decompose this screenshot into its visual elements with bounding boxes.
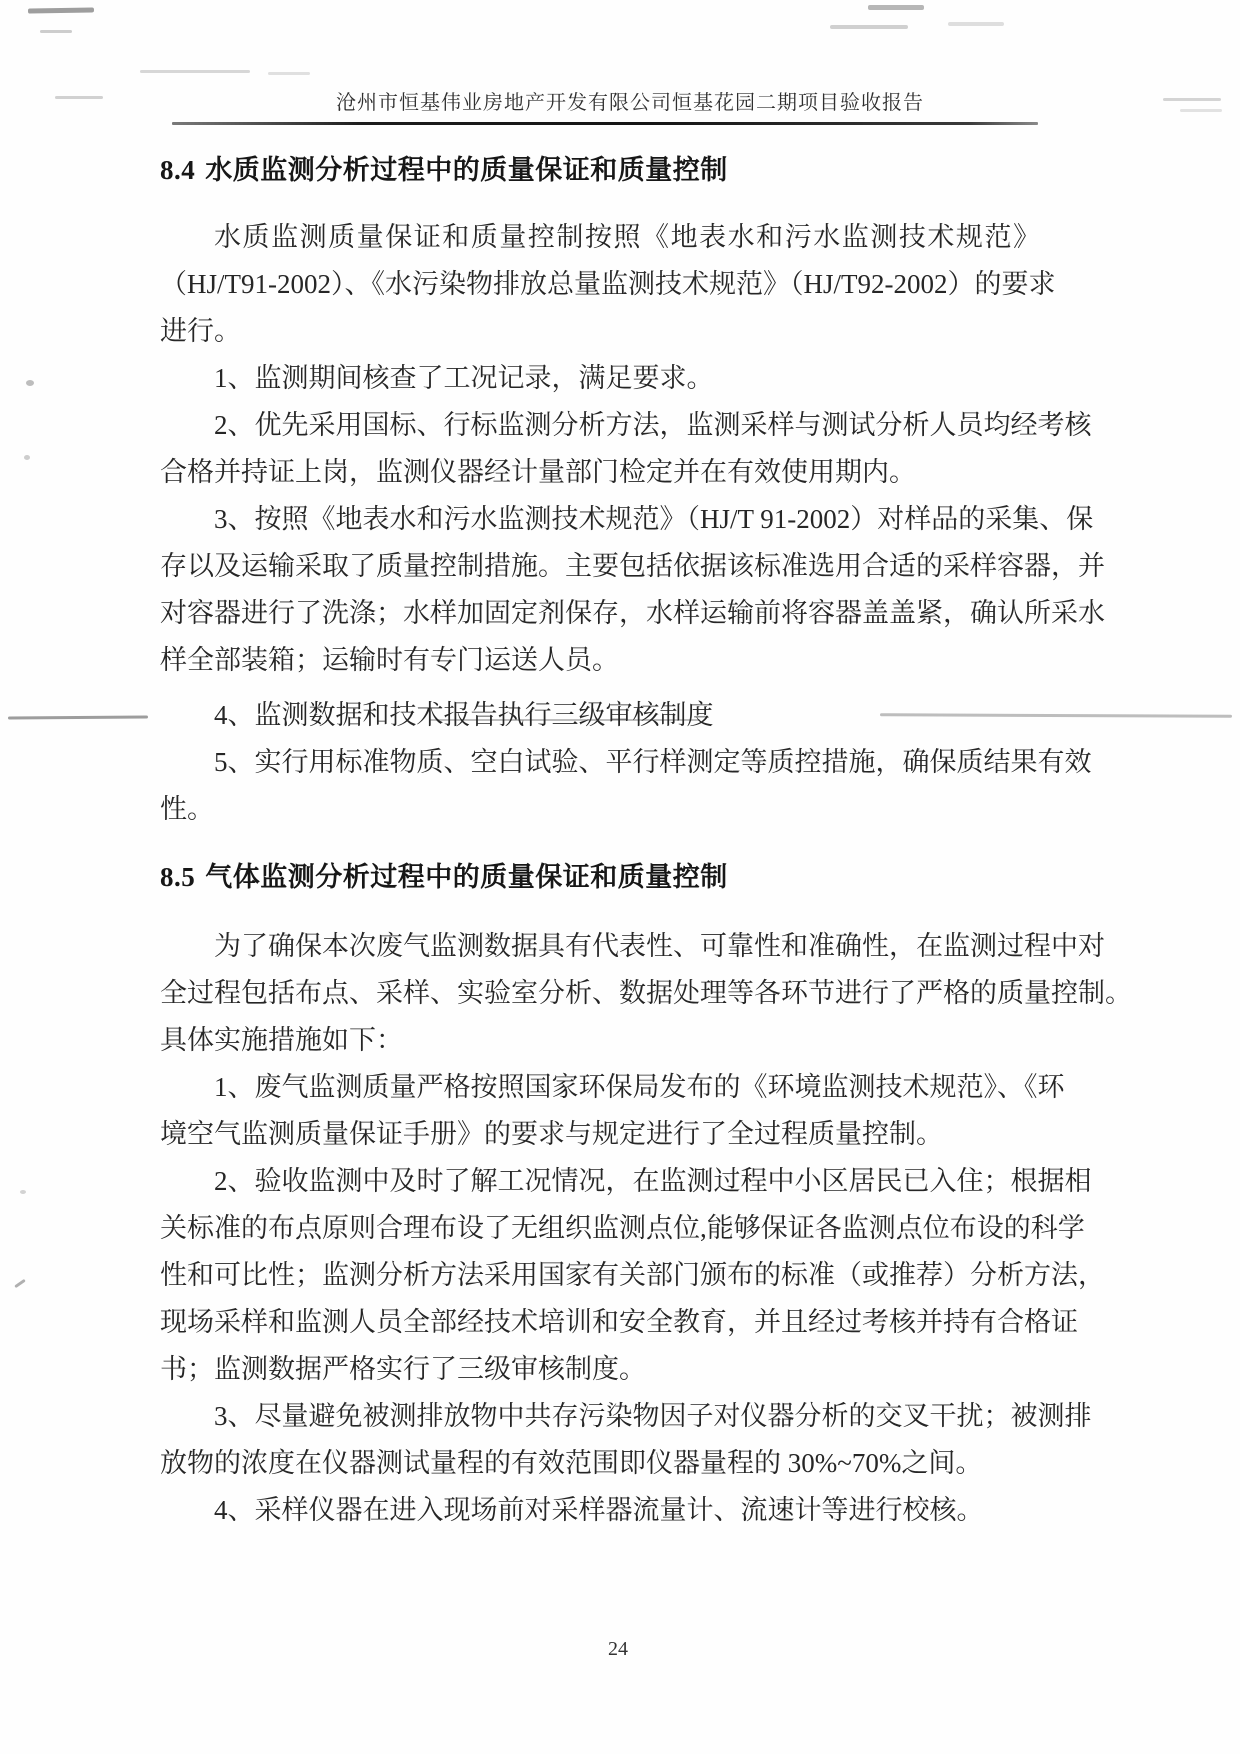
scanned-report-page: 沧州市恒基伟业房地产开发有限公司恒基花园二期项目验收报告 8.4水质监测分析过程…	[0, 0, 1240, 1754]
scan-artifact	[55, 96, 103, 99]
paragraph: 5、实行用标准物质、空白试验、平行样测定等质控措施，确保质结果有效性。	[160, 739, 1040, 833]
paragraph: 为了确保本次废气监测数据具有代表性、可靠性和准确性，在监测过程中对全过程包括布点…	[160, 923, 1040, 1064]
text-line: 1、废气监测质量严格按照国家环保局发布的《环境监测技术规范》、《环	[160, 1064, 1040, 1111]
text-line: 5、实行用标准物质、空白试验、平行样测定等质控措施，确保质结果有效	[160, 739, 1040, 786]
scan-artifact	[830, 25, 908, 29]
text-line: 性和可比性；监测分析方法采用国家有关部门颁布的标准（或推荐）分析方法，	[160, 1252, 1040, 1299]
scan-artifact	[268, 72, 310, 75]
paragraph: 2、验收监测中及时了解工况情况，在监测过程中小区居民已入住；根据相关标准的布点原…	[160, 1158, 1040, 1393]
text-line: 样全部装箱；运输时有专门运送人员。	[160, 637, 1040, 684]
text-line: 具体实施措施如下：	[160, 1017, 1040, 1064]
text-line: 3、按照《地表水和污水监测技术规范》（HJ/T 91-2002）对样品的采集、保	[160, 496, 1040, 543]
text-line: 对容器进行了洗涤；水样加固定剂保存，水样运输前将容器盖盖紧，确认所采水	[160, 590, 1040, 637]
text-line: 4、采样仪器在进入现场前对采样器流量计、流速计等进行校核。	[160, 1487, 1040, 1534]
paragraph: 3、按照《地表水和污水监测技术规范》（HJ/T 91-2002）对样品的采集、保…	[160, 496, 1040, 684]
report-section: 8.5气体监测分析过程中的质量保证和质量控制为了确保本次废气监测数据具有代表性、…	[160, 857, 1040, 1534]
text-line: 3、尽量避免被测排放物中共存污染物因子对仪器分析的交叉干扰；被测排	[160, 1393, 1040, 1440]
text-line: 关标准的布点原则合理布设了无组织监测点位,能够保证各监测点位布设的科学	[160, 1205, 1040, 1252]
scan-artifact	[40, 30, 72, 33]
text-line: 进行。	[160, 308, 1040, 355]
text-line: 4、监测数据和技术报告执行三级审核制度	[160, 692, 1040, 739]
page-header-title: 沧州市恒基伟业房地产开发有限公司恒基花园二期项目验收报告	[160, 86, 1040, 115]
paragraph: 2、优先采用国标、行标监测分析方法，监测采样与测试分析人员均经考核合格并持证上岗…	[160, 402, 1040, 496]
scan-artifact	[868, 5, 924, 10]
text-line: 现场采样和监测人员全部经技术培训和安全教育，并且经过考核并持有合格证	[160, 1299, 1040, 1346]
scan-artifact	[28, 7, 94, 13]
scan-artifact	[14, 1279, 26, 1288]
document-body: 8.4水质监测分析过程中的质量保证和质量控制水质监测质量保证和质量控制按照《地表…	[160, 150, 1040, 1534]
text-line: 水质监测质量保证和质量控制按照《地表水和污水监测技术规范》	[160, 214, 1040, 261]
text-line: 存以及运输采取了质量控制措施。主要包括依据该标准选用合适的采样容器，并	[160, 543, 1040, 590]
paragraph: 水质监测质量保证和质量控制按照《地表水和污水监测技术规范》（HJ/T91-200…	[160, 214, 1040, 355]
header-rule	[172, 122, 1038, 125]
section-heading: 8.4水质监测分析过程中的质量保证和质量控制	[160, 150, 1040, 190]
page-number: 24	[160, 1638, 1040, 1661]
text-line: 性。	[160, 786, 1040, 833]
paragraph: 1、监测期间核查了工况记录，满足要求。	[160, 355, 1040, 402]
text-line: 2、优先采用国标、行标监测分析方法，监测采样与测试分析人员均经考核	[160, 402, 1040, 449]
section-title: 气体监测分析过程中的质量保证和质量控制	[205, 862, 728, 892]
paragraph: 4、监测数据和技术报告执行三级审核制度	[160, 692, 1040, 739]
text-line: 2、验收监测中及时了解工况情况，在监测过程中小区居民已入住；根据相	[160, 1158, 1040, 1205]
text-line: 1、监测期间核查了工况记录，满足要求。	[160, 355, 1040, 402]
paragraph: 4、采样仪器在进入现场前对采样器流量计、流速计等进行校核。	[160, 1487, 1040, 1534]
text-line: 全过程包括布点、采样、实验室分析、数据处理等各环节进行了严格的质量控制。	[160, 970, 1040, 1017]
scan-artifact	[1163, 98, 1221, 101]
scan-artifact	[20, 1190, 26, 1194]
scan-artifact	[140, 70, 250, 73]
section-number: 8.4	[160, 155, 195, 185]
scan-artifact	[26, 380, 34, 386]
text-line: 合格并持证上岗，监测仪器经计量部门检定并在有效使用期内。	[160, 449, 1040, 496]
text-line: （HJ/T91-2002）、《水污染物排放总量监测技术规范》（HJ/T92-20…	[160, 261, 1040, 308]
paragraph: 1、废气监测质量严格按照国家环保局发布的《环境监测技术规范》、《环境空气监测质量…	[160, 1064, 1040, 1158]
section-heading: 8.5气体监测分析过程中的质量保证和质量控制	[160, 857, 1040, 897]
text-line: 为了确保本次废气监测数据具有代表性、可靠性和准确性，在监测过程中对	[160, 923, 1040, 970]
scan-artifact	[24, 455, 30, 460]
scan-artifact	[8, 716, 148, 720]
section-title: 水质监测分析过程中的质量保证和质量控制	[205, 155, 728, 185]
paragraph: 3、尽量避免被测排放物中共存污染物因子对仪器分析的交叉干扰；被测排放物的浓度在仪…	[160, 1393, 1040, 1487]
scan-artifact	[948, 22, 1004, 26]
text-line: 书；监测数据严格实行了三级审核制度。	[160, 1346, 1040, 1393]
section-number: 8.5	[160, 862, 195, 892]
report-section: 8.4水质监测分析过程中的质量保证和质量控制水质监测质量保证和质量控制按照《地表…	[160, 150, 1040, 833]
scan-artifact	[1180, 109, 1222, 112]
text-line: 境空气监测质量保证手册》的要求与规定进行了全过程质量控制。	[160, 1111, 1040, 1158]
text-line: 放物的浓度在仪器测试量程的有效范围即仪器量程的 30%~70%之间。	[160, 1440, 1040, 1487]
